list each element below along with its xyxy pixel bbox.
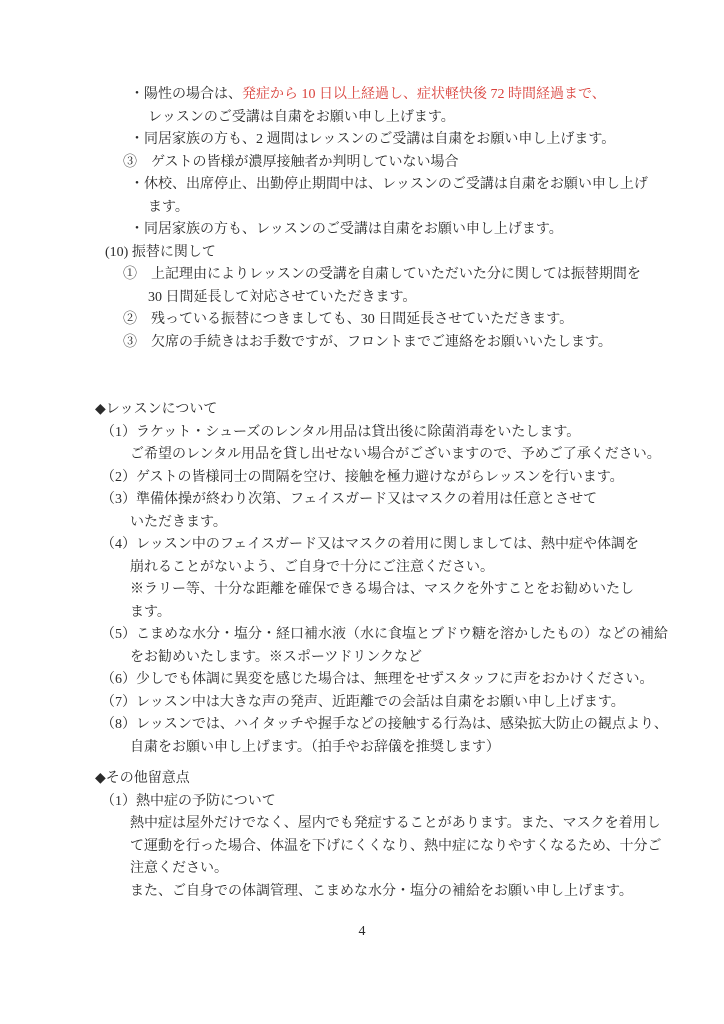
numbered-item: （2）ゲストの皆様同士の間隔を空け、接触を極力避けながらレッスンを行います。 — [101, 467, 684, 490]
continuation-line: ます。 — [130, 602, 684, 625]
section-other-notes: ◆その他留意点 （1）熱中症の予防について 熱中症は屋外だけでなく、屋内でも発症… — [95, 768, 684, 903]
paragraph-line: て運動を行った場合、体温を下げにくくなり、熱中症になりやすくなるため、十分ご — [130, 836, 684, 859]
paragraph-line: 注意ください。 — [130, 858, 684, 881]
section-attendance-policy: ・陽性の場合は、発症から 10 日以上経過し、症状軽快後 72 時間経過まで、 … — [95, 84, 684, 354]
continuation-line: 自粛をお願い申し上げます。（拍手やお辞儀を推奨します） — [130, 737, 684, 760]
continuation-line: いただきます。 — [130, 512, 684, 535]
numbered-item: （1）ラケット・シューズのレンタル用品は貸出後に除菌消毒をいたします。 — [101, 422, 684, 445]
numbered-item: （7）レッスン中は大きな声の発声、近距離での会話は自粛をお願い申し上げます。 — [101, 692, 684, 715]
section-heading: ◆レッスンについて — [95, 399, 684, 422]
numbered-item: ③ ゲストの皆様が濃厚接触者か判明していない場合 — [123, 152, 684, 175]
note-line: ※ラリー等、十分な距離を確保できる場合は、マスクを外すことをお勧めいたし — [130, 579, 684, 602]
continuation-line: レッスンのご受講は自粛をお願い申し上げます。 — [148, 107, 684, 130]
paragraph-line: また、ご自身での体調管理、こまめな水分・塩分の補給をお願い申し上げます。 — [130, 881, 684, 904]
paragraph-line: 熱中症は屋外だけでなく、屋内でも発症することがあります。また、マスクを着用し — [130, 813, 684, 836]
document-page: ・陽性の場合は、発症から 10 日以上経過し、症状軽快後 72 時間経過まで、 … — [0, 0, 724, 1024]
numbered-item: ① 上記理由によりレッスンの受講を自粛していただいた分に関しては振替期間を — [123, 264, 684, 287]
continuation-line: 30 日間延長して対応させていただきます。 — [148, 287, 684, 310]
continuation-line: をお勧めいたします。※スポーツドリンクなど — [130, 647, 684, 670]
bullet-line: ・同居家族の方も、2 週間はレッスンのご受講は自粛をお願い申し上げます。 — [130, 129, 684, 152]
section-heading: ◆その他留意点 — [95, 768, 684, 791]
page-number: 4 — [0, 921, 724, 944]
doc-text: ・陽性の場合は、 — [130, 87, 242, 102]
continuation-line: 崩れることがないよう、ご自身で十分にご注意ください。 — [130, 557, 684, 580]
numbered-item: ② 残っている振替につきましても、30 日間延長させていただきます。 — [123, 309, 684, 332]
highlighted-text: 発症から 10 日以上経過し、症状軽快後 72 時間経過まで、 — [242, 87, 606, 102]
numbered-item: （6）少しでも体調に異変を感じた場合は、無理をせずスタッフに声をおかけください。 — [101, 669, 684, 692]
numbered-item: （8）レッスンでは、ハイタッチや握手などの接触する行為は、感染拡大防止の観点より… — [101, 714, 684, 737]
document-content: ・陽性の場合は、発症から 10 日以上経過し、症状軽快後 72 時間経過まで、 … — [0, 0, 724, 903]
numbered-item: （3）準備体操が終わり次第、フェイスガード又はマスクの着用は任意とさせて — [101, 489, 684, 512]
bullet-line: ・同居家族の方も、レッスンのご受講は自粛をお願い申し上げます。 — [130, 219, 684, 242]
numbered-item: ③ 欠席の手続きはお手数ですが、フロントまでご連絡をお願いいたします。 — [123, 332, 684, 355]
bullet-line: ・休校、出席停止、出勤停止期間中は、レッスンのご受講は自粛をお願い申し上げ — [130, 174, 684, 197]
continuation-line: ます。 — [148, 197, 684, 220]
numbered-item: （1）熱中症の予防について — [101, 791, 684, 814]
numbered-item: （4）レッスン中のフェイスガード又はマスクの着用に関しましては、熱中症や体調を — [101, 534, 684, 557]
numbered-item: （5）こまめな水分・塩分・経口補水液（水に食塩とブドウ糖を溶かしたもの）などの補… — [101, 624, 684, 647]
list-item-10: (10) 振替に関して — [105, 242, 684, 265]
section-lesson: ◆レッスンについて （1）ラケット・シューズのレンタル用品は貸出後に除菌消毒をい… — [95, 399, 684, 759]
bullet-line: ・陽性の場合は、発症から 10 日以上経過し、症状軽快後 72 時間経過まで、 — [130, 84, 684, 107]
continuation-line: ご希望のレンタル用品を貸し出せない場合がございますので、予めご了承ください。 — [130, 444, 684, 467]
